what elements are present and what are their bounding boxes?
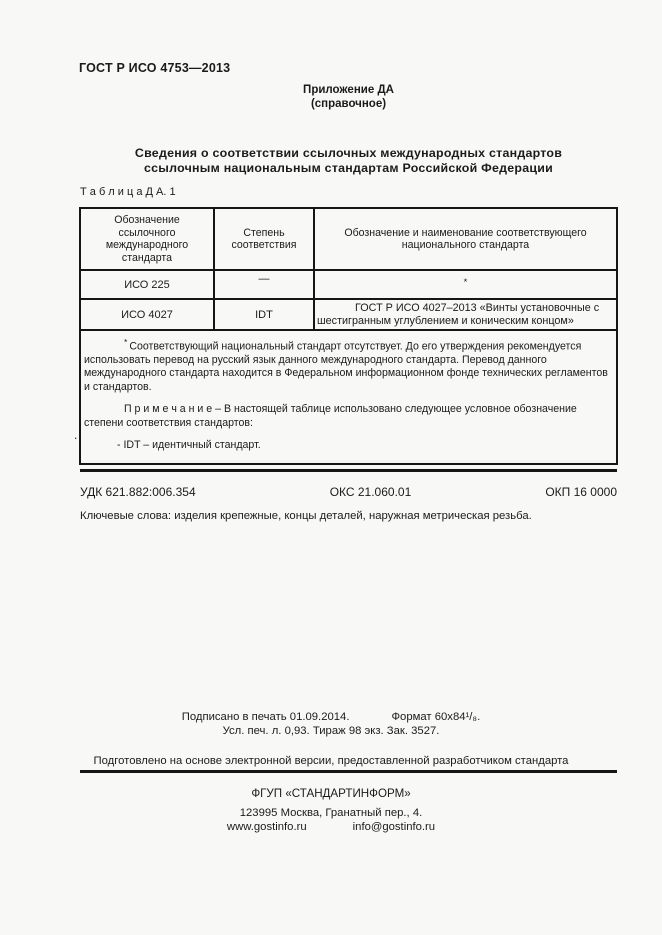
publisher-email: info@gostinfo.ru [353, 821, 435, 833]
footnote-text: Соответствующий национальный стандарт от… [84, 341, 608, 393]
cell-degree: — [214, 270, 314, 299]
udk-code: УДК 621.882:006.354 [80, 485, 196, 499]
okp-code: ОКП 16 0000 [545, 485, 617, 499]
annex-type: (справочное) [80, 98, 617, 112]
cell-national-ref: * [314, 270, 617, 299]
col-header-designation: Обозначение ссылочного международного ст… [80, 208, 214, 270]
table-wrap: Обозначение ссылочного международного ст… [79, 207, 618, 465]
print-format: Формат 60х84¹/₈. [391, 711, 480, 725]
print-info-line-2: Усл. печ. л. 0,93. Тираж 98 экз. Зак. 35… [0, 725, 662, 739]
print-info-line-1: Подписано в печать 01.09.2014. Формат 60… [0, 711, 662, 725]
annex-title: Приложение ДА [80, 84, 617, 98]
publisher-name: ФГУП «СТАНДАРТИНФОРМ» [0, 787, 662, 800]
table-footnote-row: *Соответствующий национальный стандарт о… [80, 330, 617, 464]
correspondence-table: Обозначение ссылочного международного ст… [79, 207, 618, 465]
cell-designation: ИСО 4027 [80, 299, 214, 330]
classification-codes: УДК 621.882:006.354 ОКС 21.060.01 ОКП 16… [80, 485, 617, 499]
cell-degree: IDT [214, 299, 314, 330]
divider-top [80, 469, 617, 472]
annex-block: Приложение ДА (справочное) [80, 84, 617, 111]
publisher-address: 123995 Москва, Гранатный пер., 4. [0, 807, 662, 819]
footnote-reference: * [464, 277, 468, 288]
oks-code: ОКС 21.060.01 [330, 485, 412, 499]
section-title: Сведения о соответствии ссылочных междун… [112, 146, 586, 175]
table-row: ИСО 225 — * [80, 270, 617, 299]
footnote-paragraph: *Соответствующий национальный стандарт о… [84, 336, 612, 394]
section-title-wrap: Сведения о соответствии ссылочных междун… [80, 146, 617, 175]
note-label: П р и м е ч а н и е [124, 403, 212, 415]
document-page: ГОСТ Р ИСО 4753—2013 Приложение ДА (спра… [0, 0, 662, 935]
col-header-degree: Степень соответствия [214, 208, 314, 270]
cell-national: ГОСТ Р ИСО 4027–2013 «Винты установочные… [314, 299, 617, 330]
col-header-national: Обозначение и наименование соответствующ… [314, 208, 617, 270]
table-caption: Т а б л и ц а Д А. 1 [80, 186, 176, 198]
footnote-marker: * [124, 337, 127, 347]
note-paragraph: П р и м е ч а н и е – В настоящей таблиц… [84, 403, 612, 430]
table-row: ИСО 4027 IDT ГОСТ Р ИСО 4027–2013 «Винты… [80, 299, 617, 330]
print-imprint: Подписано в печать 01.09.2014. Формат 60… [0, 711, 662, 738]
publisher-website: www.gostinfo.ru [227, 821, 307, 833]
divider-bottom [80, 770, 617, 773]
footnote-cell: *Соответствующий национальный стандарт о… [80, 330, 617, 464]
table-header-row: Обозначение ссылочного международного ст… [80, 208, 617, 270]
stray-dot: . [74, 428, 77, 442]
keywords-line: Ключевые слова: изделия крепежные, концы… [80, 510, 532, 522]
publisher-contacts: www.gostinfo.ru info@gostinfo.ru [0, 821, 662, 833]
print-date: Подписано в печать 01.09.2014. [182, 711, 350, 725]
standard-code: ГОСТ Р ИСО 4753—2013 [79, 61, 230, 75]
cell-designation: ИСО 225 [80, 270, 214, 299]
note-item: - IDT – идентичный стандарт. [84, 439, 612, 452]
prepared-note: Подготовлено на основе электронной верси… [0, 755, 662, 767]
